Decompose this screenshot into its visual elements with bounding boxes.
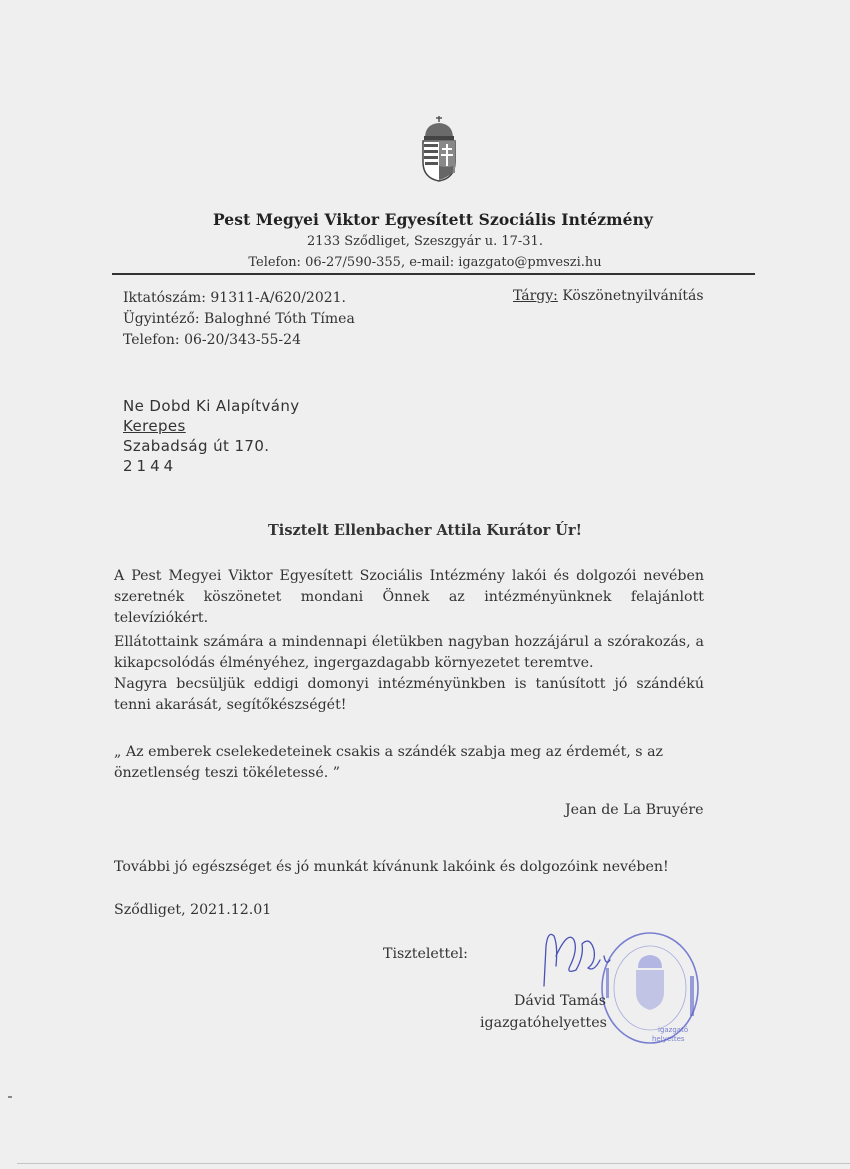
svg-text:helyettes: helyettes	[652, 1035, 685, 1043]
recipient-address: Ne Dobd Ki Alapítvány Kerepes Szabadság …	[123, 396, 300, 476]
reference-block: Iktatószám: 91311-A/620/2021. Ügyintéző:…	[123, 288, 355, 351]
subject-line: Tárgy: Köszönetnyilvánítás	[513, 288, 704, 304]
scan-speck	[8, 1096, 12, 1098]
salutation: Tisztelt Ellenbacher Attila Kurátor Úr!	[0, 522, 850, 539]
body-paragraph-1: A Pest Megyei Viktor Egyesített Szociáli…	[114, 566, 704, 629]
organization-name: Pest Megyei Viktor Egyesített Szociális …	[0, 210, 850, 229]
quote: „ Az emberek cselekedeteinek csakis a sz…	[114, 742, 704, 784]
wishes-paragraph: További jó egészséget és jó munkát kíván…	[114, 857, 704, 878]
signer-name: Dávid Tamás	[514, 993, 606, 1009]
scan-edge-line	[17, 1163, 850, 1164]
subject-label: Tárgy:	[513, 288, 558, 304]
file-number: Iktatószám: 91311-A/620/2021.	[123, 288, 355, 309]
recipient-street: Szabadság út 170.	[123, 436, 300, 456]
body-paragraph-2: Ellátottaink számára a mindennapi életük…	[114, 632, 704, 716]
subject-value: Köszönetnyilvánítás	[558, 288, 704, 304]
body-paragraph-2a: Ellátottaink számára a mindennapi életük…	[114, 632, 704, 674]
closing-phrase: Tisztelettel:	[383, 946, 468, 962]
letterhead-divider	[112, 273, 755, 275]
place-and-date: Sződliget, 2021.12.01	[114, 902, 271, 918]
recipient-name: Ne Dobd Ki Alapítvány	[123, 396, 300, 416]
recipient-zip: 2144	[123, 456, 300, 476]
signer-title: igazgatóhelyettes	[480, 1015, 607, 1031]
organization-address: 2133 Sződliget, Szeszgyár u. 17-31.	[0, 234, 850, 249]
case-officer-phone: Telefon: 06-20/343-55-24	[123, 330, 355, 351]
body-paragraph-2b: Nagyra becsüljük eddigi domonyi intézmén…	[114, 674, 704, 716]
svg-text:igazgató: igazgató	[658, 1026, 688, 1034]
quote-author: Jean de La Bruyére	[565, 802, 704, 818]
organization-contact: Telefon: 06-27/590-355, e-mail: igazgato…	[0, 255, 850, 270]
handwritten-signature-icon	[534, 926, 624, 990]
hungarian-coat-of-arms-icon	[419, 116, 459, 182]
recipient-city: Kerepes	[123, 417, 186, 435]
case-officer: Ügyintéző: Baloghné Tóth Tímea	[123, 309, 355, 330]
